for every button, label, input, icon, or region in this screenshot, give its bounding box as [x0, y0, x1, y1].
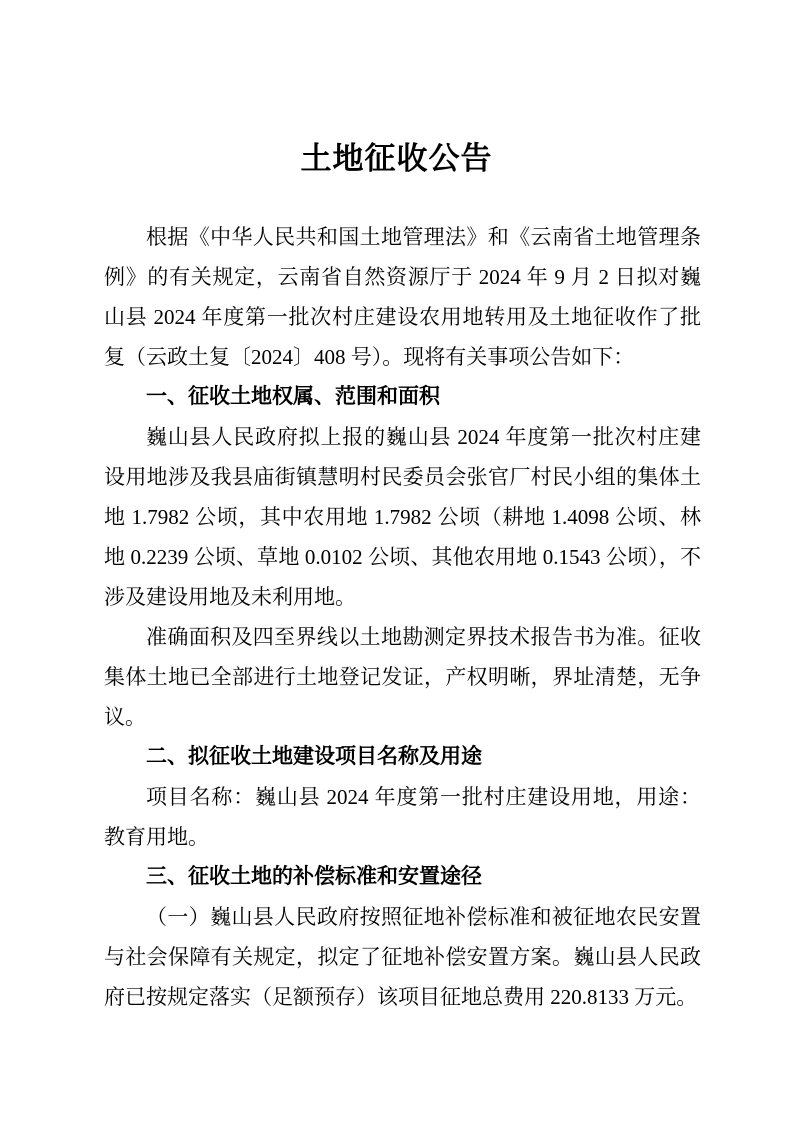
section-heading-2: 二、拟征收土地建设项目名称及用途 — [104, 737, 701, 777]
document-page: 土地征收公告 根据《中华人民共和国土地管理法》和《云南省土地管理条例》的有关规定… — [0, 0, 793, 1122]
paragraph-project-name: 项目名称：巍山县 2024 年度第一批村庄建设用地，用途：教育用地。 — [104, 777, 701, 857]
paragraph-boundary: 准确面积及四至界线以土地勘测定界技术报告书为准。征收集体土地已全部进行土地登记发… — [104, 617, 701, 737]
paragraph-land-scope: 巍山县人民政府拟上报的巍山县 2024 年度第一批次村庄建设用地涉及我县庙街镇慧… — [104, 417, 701, 617]
document-body: 根据《中华人民共和国土地管理法》和《云南省土地管理条例》的有关规定，云南省自然资… — [104, 217, 701, 1017]
section-heading-1: 一、征收土地权属、范围和面积 — [104, 377, 701, 417]
paragraph-intro: 根据《中华人民共和国土地管理法》和《云南省土地管理条例》的有关规定，云南省自然资… — [104, 217, 701, 377]
paragraph-compensation: （一）巍山县人民政府按照征地补偿标准和被征地农民安置与社会保障有关规定，拟定了征… — [104, 897, 701, 1017]
document-title: 土地征收公告 — [0, 140, 793, 178]
section-heading-3: 三、征收土地的补偿标准和安置途径 — [104, 857, 701, 897]
